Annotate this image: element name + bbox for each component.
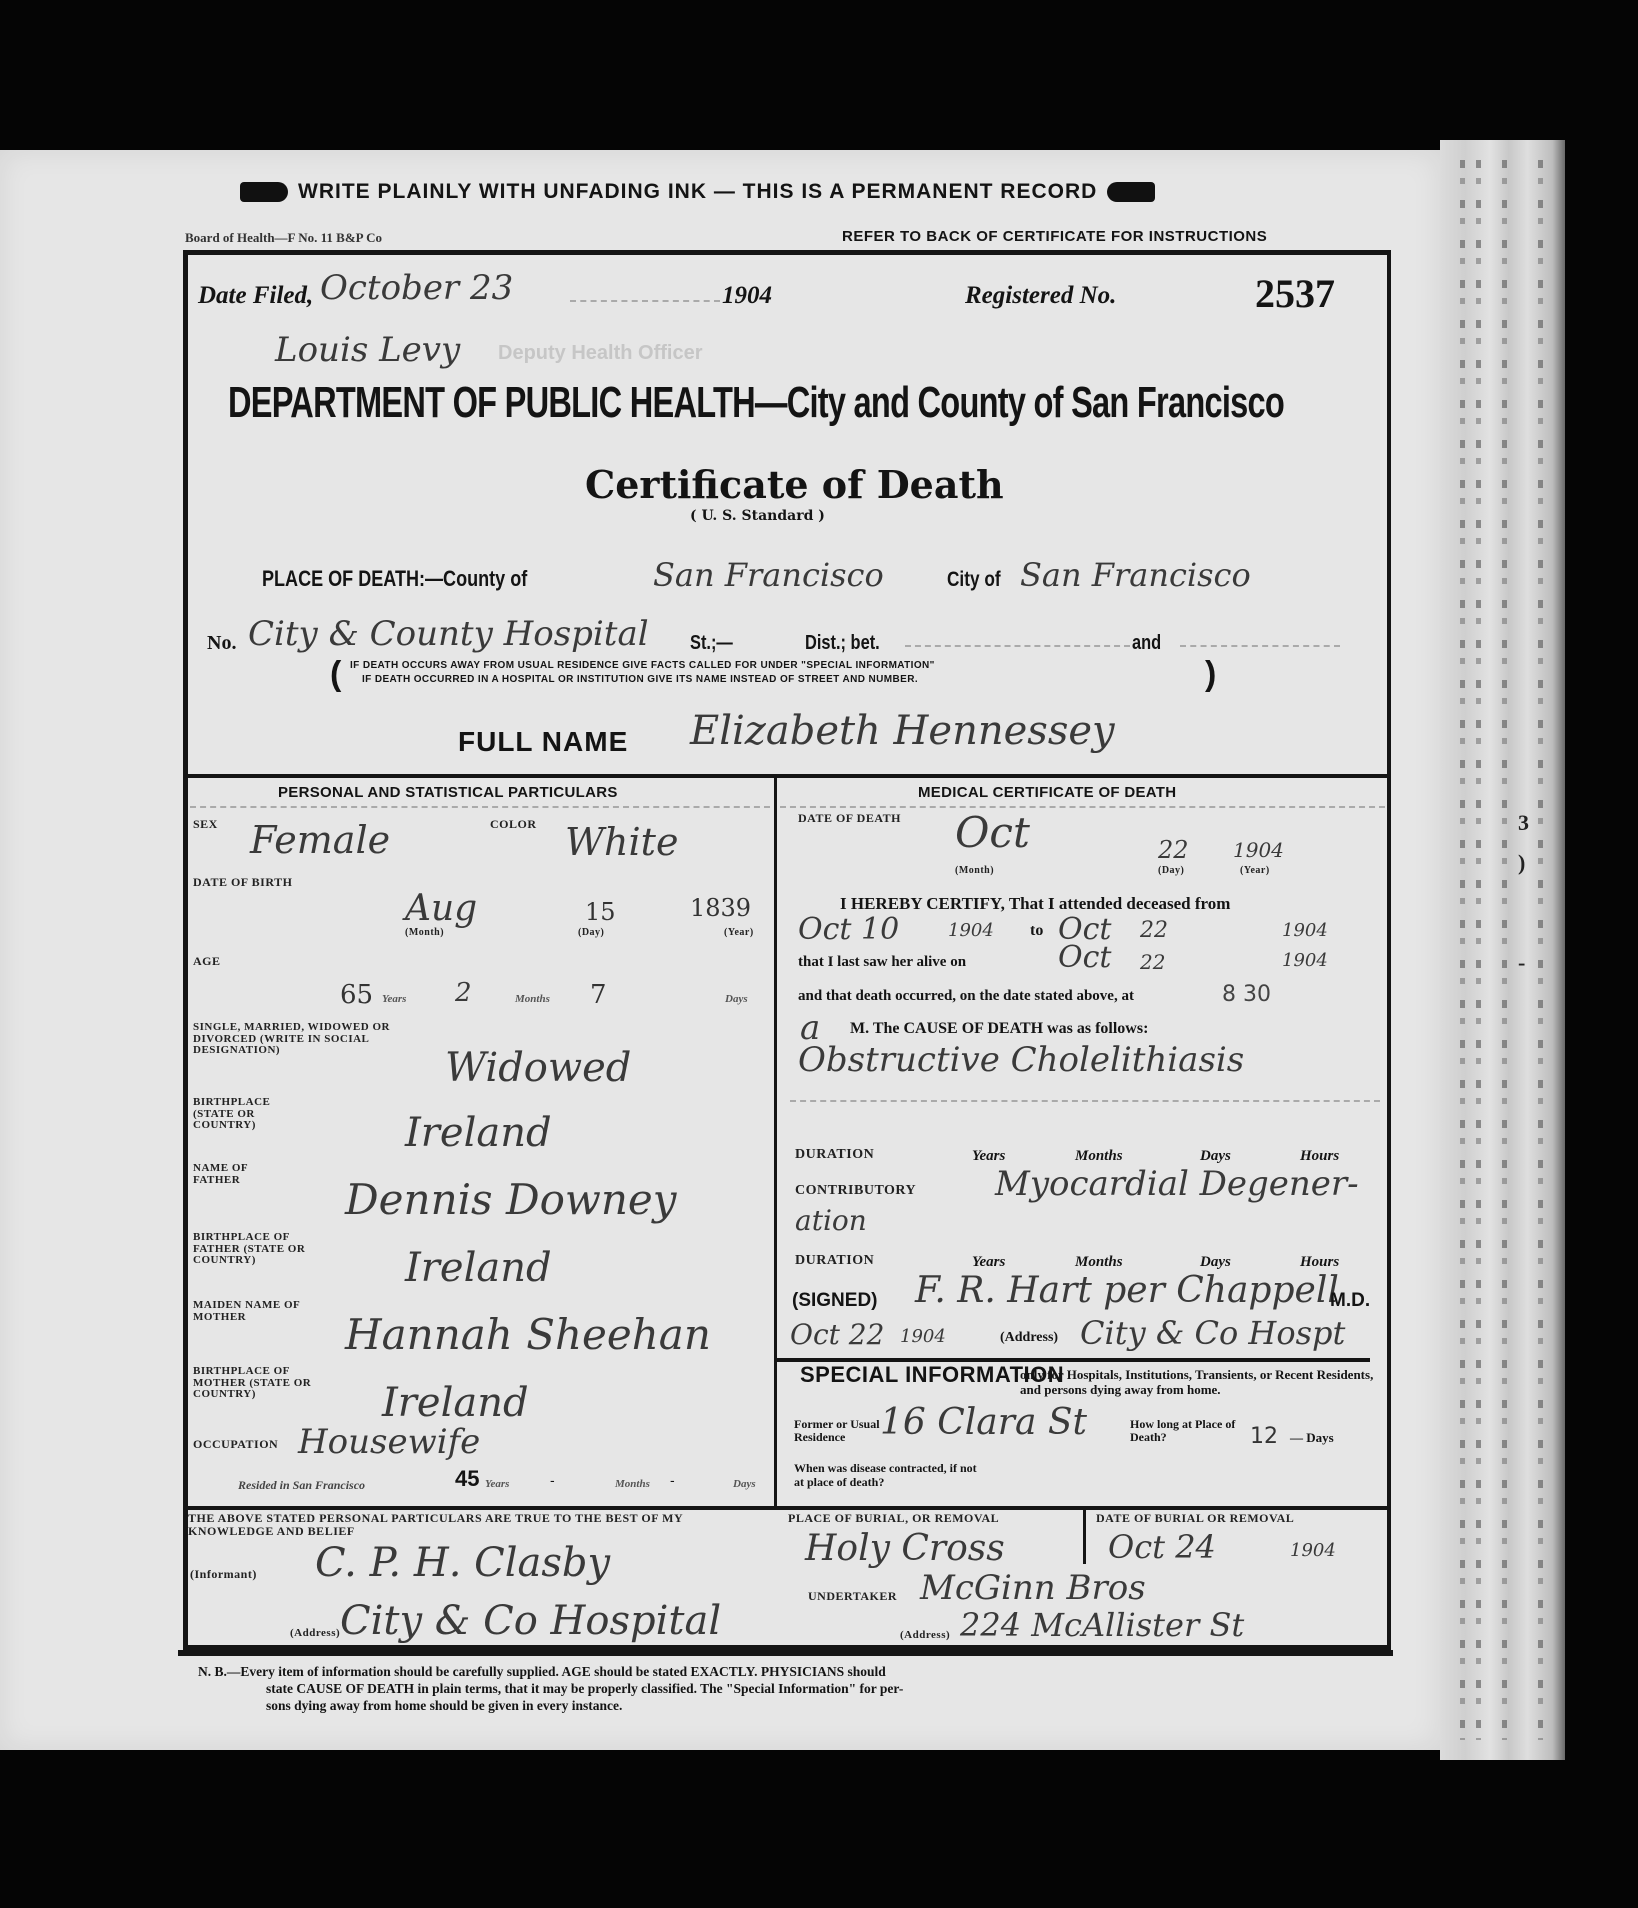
resided-days-caption: Days bbox=[733, 1478, 756, 1490]
signed-physician[interactable]: F. R. Hart per Chappell bbox=[915, 1270, 1339, 1311]
header-banner: WRITE PLAINLY WITH UNFADING INK — THIS I… bbox=[240, 180, 1340, 204]
edge-mark: - bbox=[1518, 950, 1525, 976]
dod-year-caption: (Year) bbox=[1240, 866, 1270, 877]
contracted-label: When was disease contracted, if not at p… bbox=[794, 1462, 984, 1490]
place-note-2: IF DEATH OCCURRED IN A HOSPITAL OR INSTI… bbox=[362, 674, 918, 685]
undertaker-value[interactable]: McGinn Bros bbox=[920, 1568, 1146, 1608]
burial-date[interactable]: Oct 24 bbox=[1108, 1528, 1216, 1566]
footnote-line-3: sons dying away from home should be give… bbox=[198, 1698, 903, 1715]
signed-year[interactable]: 1904 bbox=[900, 1326, 946, 1347]
signed-date[interactable]: Oct 22 bbox=[790, 1318, 884, 1351]
former-residence[interactable]: 16 Clara St bbox=[880, 1402, 1087, 1443]
medical-heading: MEDICAL CERTIFICATE OF DEATH bbox=[918, 784, 1176, 801]
dob-year-caption: (Year) bbox=[724, 928, 754, 939]
mother-name-label: MAIDEN NAME OF MOTHER bbox=[193, 1300, 323, 1323]
father-name-value[interactable]: Dennis Downey bbox=[345, 1175, 677, 1224]
informant-label: (Informant) bbox=[190, 1568, 257, 1581]
duration-hours: Hours bbox=[1300, 1148, 1339, 1165]
sex-label: SEX bbox=[193, 818, 218, 831]
dod-month-caption: (Month) bbox=[955, 866, 994, 877]
burial-year[interactable]: 1904 bbox=[1290, 1540, 1336, 1561]
dob-label: DATE OF BIRTH bbox=[193, 876, 292, 889]
registered-number[interactable]: 2537 bbox=[1255, 270, 1335, 317]
standard-caption: ( U. S. Standard ) bbox=[690, 508, 825, 524]
department-title: DEPARTMENT OF PUBLIC HEALTH—City and Cou… bbox=[228, 378, 1284, 428]
undertaker-address[interactable]: 224 McAllister St bbox=[960, 1606, 1244, 1644]
duration-months: Months bbox=[1075, 1148, 1123, 1165]
md-label: M.D. bbox=[1330, 1290, 1370, 1312]
date-filed-value[interactable]: October 23 bbox=[320, 268, 513, 308]
pointing-hand-icon bbox=[1107, 182, 1155, 202]
duration-years: Years bbox=[972, 1148, 1005, 1165]
institution-value[interactable]: City & County Hospital bbox=[248, 614, 649, 654]
how-long-unit: — Days bbox=[1290, 1430, 1334, 1446]
color-value[interactable]: White bbox=[565, 820, 678, 864]
officer-signature: Louis Levy bbox=[275, 330, 460, 370]
burial-date-label: DATE of BURIAL or REMOVAL bbox=[1096, 1512, 1294, 1525]
resided-months[interactable]: - bbox=[550, 1472, 555, 1488]
duration-years-2: Years bbox=[972, 1254, 1005, 1271]
to-label: to bbox=[1030, 922, 1043, 940]
dob-year[interactable]: 1839 bbox=[690, 894, 751, 922]
informant-address[interactable]: City & Co Hospital bbox=[340, 1598, 721, 1644]
registered-label: Registered No. bbox=[965, 282, 1116, 310]
former-residence-label: Former or Usual Residence bbox=[794, 1418, 884, 1444]
instructions-ref: REFER TO BACK OF CERTIFICATE FOR INSTRUC… bbox=[842, 228, 1267, 245]
burial-place-label: PLACE OF BURIAL, OR REMOVAL bbox=[788, 1512, 999, 1525]
edge-mark: 3 bbox=[1518, 810, 1529, 836]
mother-birthplace-label: BIRTHPLACE OF MOTHER (State or Country) bbox=[193, 1366, 323, 1401]
resided-label: Resided in San Francisco bbox=[238, 1478, 365, 1493]
dob-day[interactable]: 15 bbox=[585, 898, 616, 926]
age-months-caption: Months bbox=[515, 993, 550, 1005]
dod-month[interactable]: Oct bbox=[955, 808, 1030, 857]
contributory-value[interactable]: Myocardial Degener- bbox=[995, 1164, 1359, 1204]
form-id: Board of Health—F No. 11 B&P Co bbox=[185, 230, 382, 246]
undertaker-label: UNDERTAKER bbox=[808, 1590, 897, 1603]
father-name-label: NAME OF FATHER bbox=[193, 1163, 283, 1186]
occupation-value[interactable]: Housewife bbox=[298, 1422, 480, 1462]
officer-title: Deputy Health Officer bbox=[498, 342, 702, 365]
physician-address[interactable]: City & Co Hospt bbox=[1080, 1314, 1345, 1352]
county-value[interactable]: San Francisco bbox=[653, 556, 884, 594]
last-saw-year[interactable]: 1904 bbox=[1282, 950, 1328, 971]
last-saw-month[interactable]: Oct bbox=[1058, 940, 1111, 975]
marital-value[interactable]: Widowed bbox=[445, 1045, 631, 1091]
color-label: COLOR bbox=[490, 818, 537, 831]
last-saw-label: that I last saw her alive on bbox=[798, 954, 966, 971]
number-label: No. bbox=[207, 632, 236, 655]
footnote-line-2: state CAUSE OF DEATH in plain terms, tha… bbox=[198, 1681, 903, 1698]
burial-place[interactable]: Holy Cross bbox=[805, 1528, 1005, 1569]
informant-value[interactable]: C. P. H. Clasby bbox=[315, 1540, 610, 1586]
mother-birthplace-value[interactable]: Ireland bbox=[382, 1380, 529, 1426]
occupation-label: OCCUPATION bbox=[193, 1438, 278, 1451]
dod-day[interactable]: 22 bbox=[1158, 836, 1189, 864]
certificate-title: Certificate of Death bbox=[585, 462, 1004, 507]
city-value[interactable]: San Francisco bbox=[1020, 556, 1251, 594]
cause-text: M. The CAUSE OF DEATH was as follows: bbox=[850, 1020, 1148, 1038]
certify-text: I HEREBY CERTIFY, That I attended deceas… bbox=[840, 894, 1230, 914]
age-days[interactable]: 7 bbox=[590, 980, 607, 1010]
date-filed-label: Date Filed, bbox=[198, 282, 313, 310]
age-label: AGE bbox=[193, 955, 221, 968]
resided-months-caption: Months bbox=[615, 1478, 650, 1490]
age-months[interactable]: 2 bbox=[455, 978, 472, 1008]
duration-months-2: Months bbox=[1075, 1254, 1123, 1271]
duration-days: Days bbox=[1200, 1148, 1231, 1165]
age-days-caption: Days bbox=[725, 993, 748, 1005]
banner-text: WRITE PLAINLY WITH UNFADING INK — THIS I… bbox=[298, 180, 1097, 204]
pointing-hand-icon bbox=[240, 182, 288, 202]
footnote-line-1: N. B.—Every item of information should b… bbox=[198, 1664, 903, 1681]
age-years-caption: Years bbox=[382, 993, 406, 1005]
place-note-1: IF DEATH OCCURS AWAY FROM USUAL RESIDENC… bbox=[350, 660, 935, 671]
father-birthplace-value[interactable]: Ireland bbox=[405, 1245, 552, 1291]
and-label: and bbox=[1132, 632, 1168, 655]
how-long-value[interactable]: 12 bbox=[1250, 1424, 1278, 1449]
resided-years-caption: Years bbox=[485, 1478, 509, 1490]
duration-label-2: DURATION bbox=[795, 1254, 874, 1269]
physician-address-label: (Address) bbox=[1000, 1330, 1058, 1346]
duration-hours-2: Hours bbox=[1300, 1254, 1339, 1271]
undertaker-address-label: (Address) bbox=[900, 1630, 950, 1642]
special-heading-rest: only for Hospitals, Institutions, Transi… bbox=[1020, 1368, 1380, 1398]
occurred-text: and that death occurred, on the date sta… bbox=[798, 988, 1134, 1005]
street-label: St.;— bbox=[690, 632, 742, 655]
resided-years[interactable]: 45 bbox=[455, 1466, 479, 1492]
footnote: N. B.—Every item of information should b… bbox=[198, 1664, 903, 1715]
contributory-value-cont[interactable]: ation bbox=[795, 1204, 867, 1237]
dod-year[interactable]: 1904 bbox=[1233, 838, 1284, 862]
date-filed-year: 1904 bbox=[722, 282, 772, 310]
personal-heading: PERSONAL AND STATISTICAL PARTICULARS bbox=[278, 784, 618, 801]
age-years[interactable]: 65 bbox=[340, 980, 373, 1010]
city-label: City of bbox=[947, 568, 1012, 592]
attended-to-year[interactable]: 1904 bbox=[1282, 920, 1328, 941]
contributory-label: CONTRIBUTORY bbox=[795, 1184, 916, 1199]
informant-statement: THE ABOVE STATED PERSONAL PARTICULARS AR… bbox=[188, 1512, 768, 1537]
cause-of-death[interactable]: Obstructive Cholelithiasis bbox=[798, 1040, 1244, 1080]
place-of-death-label: PLACE OF DEATH:—County of bbox=[262, 566, 585, 592]
full-name-value[interactable]: Elizabeth Hennessey bbox=[690, 708, 1115, 754]
district-label: Dist.; bet. bbox=[805, 632, 896, 655]
last-saw-day[interactable]: 22 bbox=[1140, 950, 1165, 974]
how-long-label: How long at Place of Death? bbox=[1130, 1418, 1240, 1444]
attended-to-day[interactable]: 22 bbox=[1140, 918, 1168, 943]
dob-month-caption: (Month) bbox=[405, 928, 444, 939]
sex-value[interactable]: Female bbox=[250, 818, 390, 862]
resided-days[interactable]: - bbox=[670, 1472, 675, 1488]
duration-days-2: Days bbox=[1200, 1254, 1231, 1271]
birthplace-value[interactable]: Ireland bbox=[405, 1110, 552, 1156]
duration-label: DURATION bbox=[795, 1148, 874, 1163]
full-name-label: FULL NAME bbox=[458, 726, 628, 758]
dob-day-caption: (Day) bbox=[578, 928, 604, 939]
book-page-edges bbox=[1440, 140, 1565, 1760]
attended-from[interactable]: Oct 10 bbox=[798, 912, 899, 947]
informant-address-label: (Address) bbox=[290, 1628, 340, 1640]
dod-day-caption: (Day) bbox=[1158, 866, 1184, 877]
edge-mark: ) bbox=[1518, 850, 1525, 876]
dod-label: DATE OF DEATH bbox=[798, 812, 901, 825]
birthplace-label: BIRTHPLACE (State or Country) bbox=[193, 1097, 313, 1132]
marital-label: SINGLE, MARRIED, WIDOWED OR DIVORCED (Wr… bbox=[193, 1022, 423, 1057]
time-of-death[interactable]: 8 30 bbox=[1222, 982, 1271, 1007]
signed-label: (SIGNED) bbox=[792, 1290, 878, 1312]
dob-month[interactable]: Aug bbox=[405, 888, 477, 929]
attended-from-year[interactable]: 1904 bbox=[948, 920, 994, 941]
mother-name-value[interactable]: Hannah Sheehan bbox=[345, 1310, 711, 1359]
father-birthplace-label: BIRTHPLACE OF FATHER (State or Country) bbox=[193, 1232, 313, 1267]
